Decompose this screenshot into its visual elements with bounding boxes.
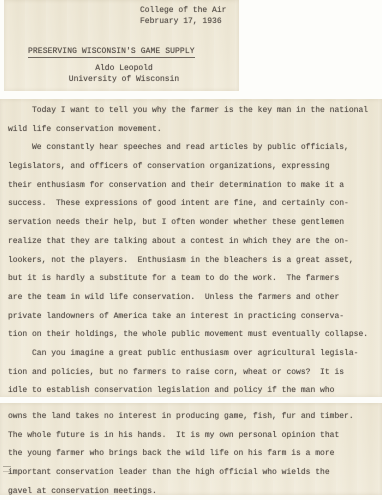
- text-line: We constantly hear speeches and read art…: [8, 139, 380, 158]
- paper-fragment-header: College of the AirFebruary 17, 1936 PRES…: [4, 0, 239, 91]
- program-name: College of the Air: [140, 6, 226, 15]
- text-line: important conservation leader than the h…: [8, 463, 380, 482]
- text-line: Can you imagine a great public enthusias…: [8, 345, 380, 364]
- text-line: idle to establish conservation legislati…: [8, 382, 380, 401]
- text-line: tion and policies, but no farmers to rai…: [8, 364, 380, 383]
- text-line: success. These expressions of good inten…: [8, 195, 380, 214]
- author-affiliation: University of Wisconsin: [69, 75, 179, 84]
- text-line: servation needs their help, but I often …: [8, 214, 380, 233]
- text-line: Today I want to tell you why the farmer …: [8, 102, 380, 121]
- document-title: PRESERVING WISCONSIN'S GAME SUPPLY: [28, 47, 195, 58]
- text-line: their enthusiasm for conservation and th…: [8, 177, 380, 196]
- text-line: gavel at conservation meetings.: [8, 482, 380, 500]
- text-line: realize that they are talking about a co…: [8, 233, 380, 252]
- body-text-block-2: owns the land takes no interest in produ…: [8, 407, 380, 500]
- document-date: February 17, 1936: [140, 17, 222, 26]
- text-line: the young farmer who brings back the wil…: [8, 444, 380, 463]
- text-line: but it is hardly a substitute for a team…: [8, 270, 380, 289]
- byline: Aldo LeopoldUniversity of Wisconsin: [34, 63, 214, 85]
- text-line: legislators, and officers of conservatio…: [8, 158, 380, 177]
- text-line: wild life conservation movement.: [8, 121, 380, 140]
- paper-fragment-body: Today I want to tell you why the farmer …: [0, 99, 382, 397]
- text-line: tion on their holdings, the whole public…: [8, 326, 380, 345]
- document-header: College of the AirFebruary 17, 1936: [140, 5, 226, 27]
- scan-artifact-mark: [3, 466, 11, 472]
- text-line: are the team in wild life conservation. …: [8, 289, 380, 308]
- scanned-document-page: College of the AirFebruary 17, 1936 PRES…: [0, 0, 382, 500]
- author-name: Aldo Leopold: [95, 64, 153, 73]
- text-line: The whole future is in his hands. It is …: [8, 426, 380, 445]
- text-line: owns the land takes no interest in produ…: [8, 407, 380, 426]
- body-text-block-1: Today I want to tell you why the farmer …: [8, 102, 380, 401]
- text-line: private landowners of America take an in…: [8, 308, 380, 327]
- paper-fragment-footer: owns the land takes no interest in produ…: [0, 403, 382, 495]
- text-line: lookers, not the players. Enthusiasm in …: [8, 252, 380, 271]
